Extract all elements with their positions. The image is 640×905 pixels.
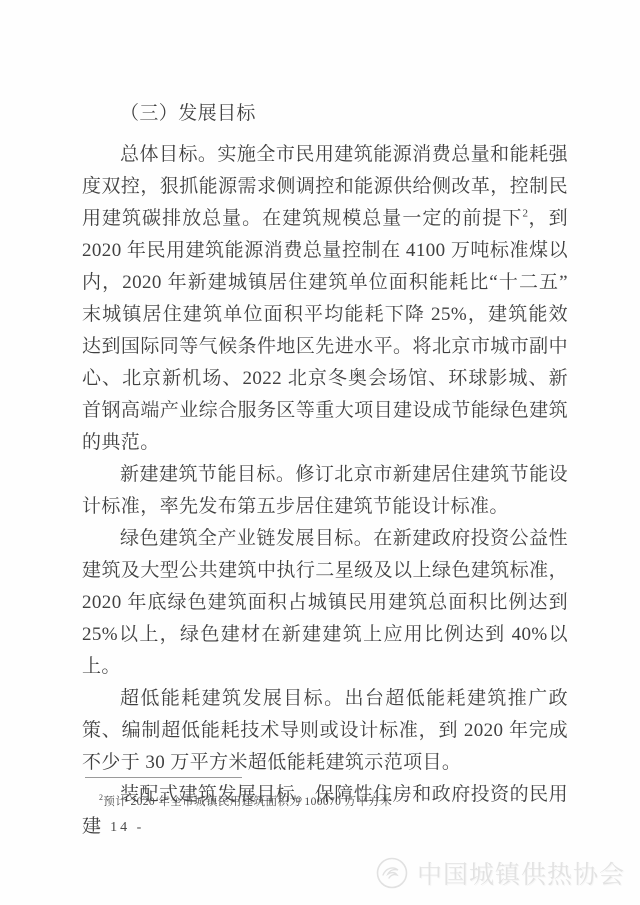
section-heading: （三）发展目标 (82, 98, 568, 130)
page-number: - 14 - (96, 820, 144, 836)
body-paragraph: 绿色建筑全产业链发展目标。在新建政府投资公益性建筑及大型公共建筑中执行二星级及以… (82, 523, 568, 683)
watermark-text: 中国城镇供热协会 (417, 855, 625, 891)
paragraph-text: 总体目标。实施全市民用建筑能源消费总量和能耗强度双控，狠抓能源需求侧调控和能源供… (82, 144, 568, 229)
footnote-divider (85, 777, 242, 778)
footnote-text: 2预计 2020 年全市城镇民用建筑面积为 100070 万平方米 (99, 793, 392, 811)
document-body: （三）发展目标 总体目标。实施全市民用建筑能源消费总量和能耗强度双控，狠抓能源需… (82, 98, 568, 843)
association-logo-icon (375, 856, 409, 890)
body-paragraph: 新建建筑节能目标。修订北京市新建居住建筑节能设计标准，率先发布第五步居住建筑节能… (82, 459, 568, 523)
document-page: （三）发展目标 总体目标。实施全市民用建筑能源消费总量和能耗强度双控，狠抓能源需… (0, 0, 640, 905)
footnote-body: 预计 2020 年全市城镇民用建筑面积为 100070 万平方米 (103, 796, 392, 808)
body-paragraph: 总体目标。实施全市民用建筑能源消费总量和能耗强度双控，狠抓能源需求侧调控和能源供… (82, 139, 568, 459)
paragraph-text: ，到 2020 年民用建筑能源消费总量控制在 4100 万吨标准煤以内，2020… (82, 208, 568, 453)
body-paragraph: 超低能耗建筑发展目标。出台超低能耗建筑推广政策、编制超低能耗技术导则或设计标准，… (82, 683, 568, 779)
watermark: 中国城镇供热协会 (375, 855, 625, 891)
body-paragraph: 装配式建筑发展目标。保障性住房和政府投资的民用建 (82, 779, 568, 843)
